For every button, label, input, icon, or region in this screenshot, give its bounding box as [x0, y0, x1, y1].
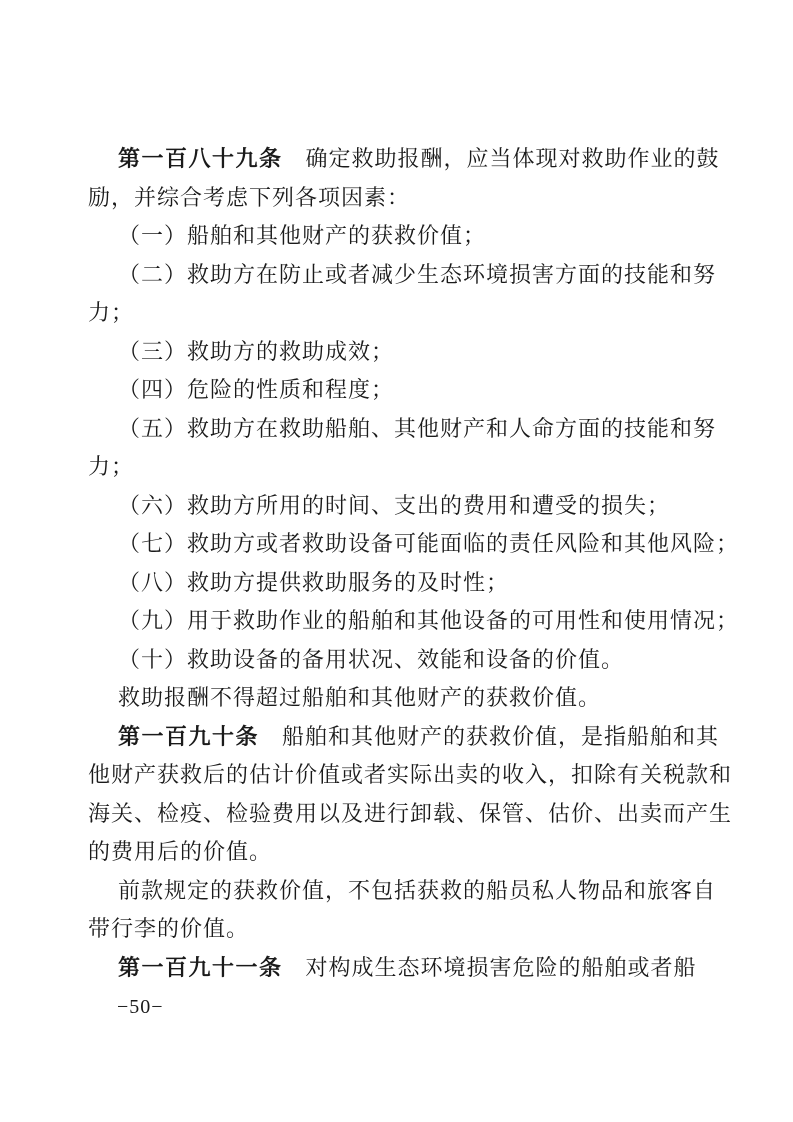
list-item-6: （六）救助方所用的时间、支出的费用和遭受的损失；: [88, 487, 793, 526]
list-item-1: （一）船舶和其他财产的获救价值；: [88, 217, 793, 256]
list-item-7: （七）救助方或者救助设备可能面临的责任风险和其他风险；: [88, 525, 793, 564]
list-item-2: （二）救助方在防止或者减少生态环境损害方面的技能和努 力；: [88, 256, 793, 333]
article-189-paragraph: 第一百八十九条 确定救助报酬，应当体现对救助作业的鼓 励，并综合考虑下列各项因素…: [88, 140, 793, 217]
article-190-paragraph: 第一百九十条 船舶和其他财产的获救价值，是指船舶和其 他财产获救后的估计价值或者…: [88, 718, 793, 872]
document-page: 第一百八十九条 确定救助报酬，应当体现对救助作业的鼓 励，并综合考虑下列各项因素…: [0, 0, 793, 1122]
paragraph-reward-limit: 救助报酬不得超过船舶和其他财产的获救价值。: [88, 679, 793, 718]
article-190-number: 第一百九十条: [118, 724, 259, 749]
list-item-5: （五）救助方在救助船舶、其他财产和人命方面的技能和努 力；: [88, 410, 793, 487]
list-item-10: （十）救助设备的备用状况、效能和设备的价值。: [88, 641, 793, 680]
list-item-3: （三）救助方的救助成效；: [88, 333, 793, 372]
list-item-4: （四）危险的性质和程度；: [88, 371, 793, 410]
article-191-number: 第一百九十一条: [118, 955, 283, 980]
list-item-9: （九）用于救助作业的船舶和其他设备的可用性和使用情况；: [88, 602, 793, 641]
article-189-number: 第一百八十九条: [118, 146, 283, 171]
article-191-text: 对构成生态环境损害危险的船舶或者船: [283, 955, 697, 980]
paragraph-salved-value-exclusion: 前款规定的获救价值，不包括获救的船员私人物品和旅客自 带行李的价值。: [88, 872, 793, 949]
text-block: 第一百八十九条 确定救助报酬，应当体现对救助作业的鼓 励，并综合考虑下列各项因素…: [88, 140, 793, 987]
page-number: −50−: [117, 995, 164, 1019]
list-item-8: （八）救助方提供救助服务的及时性；: [88, 564, 793, 603]
article-191-paragraph: 第一百九十一条 对构成生态环境损害危险的船舶或者船: [88, 949, 793, 988]
